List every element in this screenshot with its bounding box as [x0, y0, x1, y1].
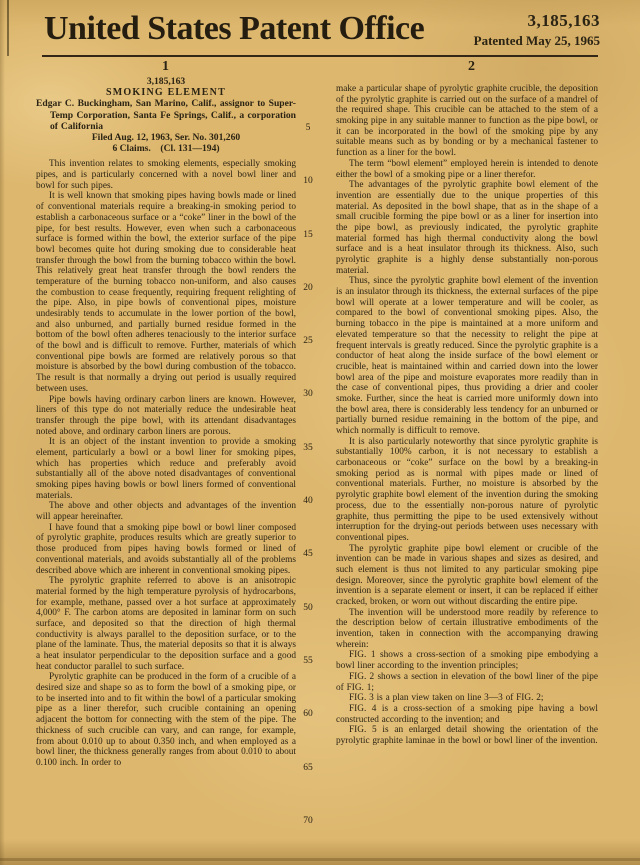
left-column-body: This invention relates to smoking elemen… — [36, 159, 296, 768]
body-paragraph: I have found that a smoking pipe bowl or… — [36, 523, 296, 576]
patent-title-block: 3,185,163SMOKING ELEMENTEdgar C. Bucking… — [36, 76, 296, 154]
line-number: 35 — [296, 443, 320, 496]
line-number: 15 — [296, 230, 320, 283]
body-paragraph: The advantages of the pyrolytic graphite… — [336, 180, 598, 276]
body-paragraph: The pyrolytic graphite referred to above… — [36, 576, 296, 672]
line-number: 70 — [296, 816, 320, 865]
right-column-body: make a particular shape of pyrolytic gra… — [336, 84, 598, 747]
body-paragraph: FIG. 5 is an enlarged detail showing the… — [336, 725, 598, 746]
line-number-gutter: 510152025303540455055606570 — [296, 123, 320, 865]
line-number: 50 — [296, 603, 320, 656]
line-number: 10 — [296, 176, 320, 229]
left-column: 3,185,163SMOKING ELEMENTEdgar C. Bucking… — [36, 76, 296, 769]
page-bottom-shadow — [0, 858, 640, 861]
title-block-line: SMOKING ELEMENT — [36, 87, 296, 98]
page-edge-shadow — [0, 0, 5, 865]
office-title: United States Patent Office — [44, 10, 424, 48]
line-number: 5 — [296, 123, 320, 176]
body-paragraph: make a particular shape of pyrolytic gra… — [336, 84, 598, 159]
body-paragraph: FIG. 1 shows a cross-section of a smokin… — [336, 650, 598, 671]
patent-date: Patented May 25, 1965 — [474, 33, 600, 49]
title-block-line: 3,185,163 — [36, 76, 296, 87]
title-block-line: Filed Aug. 12, 1963, Ser. No. 301,260 — [36, 132, 296, 143]
body-paragraph: Pyrolytic graphite can be produced in th… — [36, 672, 296, 768]
body-paragraph: FIG. 4 is a cross-section of a smoking p… — [336, 704, 598, 725]
line-number: 40 — [296, 496, 320, 549]
scan-artifact — [7, 0, 9, 56]
title-block-line: Edgar C. Buckingham, San Marino, Calif.,… — [36, 98, 296, 132]
column-1-number: 1 — [162, 59, 169, 75]
patent-page: United States Patent Office 3,185,163 Pa… — [0, 0, 640, 865]
body-paragraph: FIG. 2 shows a section in elevation of t… — [336, 672, 598, 693]
line-number: 25 — [296, 336, 320, 389]
page-header: United States Patent Office 3,185,163 Pa… — [42, 8, 600, 54]
line-number: 45 — [296, 549, 320, 602]
body-paragraph: The invention will be understood more re… — [336, 608, 598, 651]
body-paragraph: Pipe bowls having ordinary carbon liners… — [36, 395, 296, 438]
line-number: 65 — [296, 763, 320, 816]
title-block-line: 6 Claims. (Cl. 131—194) — [36, 143, 296, 154]
line-number: 60 — [296, 709, 320, 762]
body-paragraph: This invention relates to smoking elemen… — [36, 159, 296, 191]
patent-number: 3,185,163 — [474, 11, 600, 31]
right-column: make a particular shape of pyrolytic gra… — [336, 84, 598, 747]
body-paragraph: The pyrolytic graphite pipe bowl element… — [336, 544, 598, 608]
body-paragraph: It is also particularly noteworthy that … — [336, 437, 598, 544]
column-2-number: 2 — [468, 59, 475, 75]
body-paragraph: It is well known that smoking pipes havi… — [36, 191, 296, 394]
header-divider — [42, 55, 598, 57]
line-number: 20 — [296, 283, 320, 336]
body-paragraph: The above and other objects and advantag… — [36, 501, 296, 522]
line-number: 30 — [296, 389, 320, 442]
body-paragraph: It is an object of the instant invention… — [36, 437, 296, 501]
body-paragraph: Thus, since the pyrolytic graphite bowl … — [336, 276, 598, 436]
line-number: 55 — [296, 656, 320, 709]
patent-meta: 3,185,163 Patented May 25, 1965 — [474, 11, 600, 49]
body-paragraph: The term “bowl element” employed herein … — [336, 159, 598, 180]
body-paragraph: FIG. 3 is a plan view taken on line 3—3 … — [336, 693, 598, 704]
